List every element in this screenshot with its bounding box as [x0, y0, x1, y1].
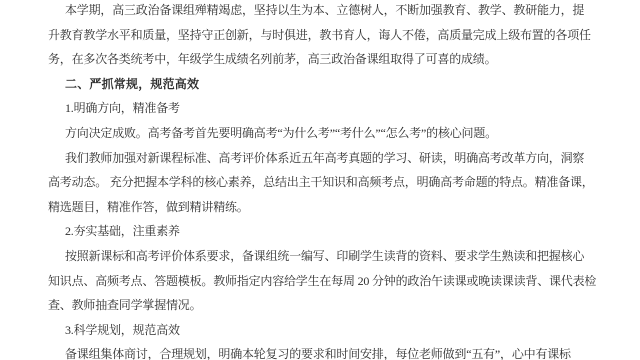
heading-line: 二、严抓常规，规范高效	[48, 72, 594, 97]
body-line: 备课组集体商讨，合理规划，明确本轮复习的要求和时间安排，每位老师做到“五有”，心…	[48, 342, 594, 360]
body-line: 我们教师加强对新课程标准、高考评价体系近五年高考真题的学习、研读，明确高考改革方…	[48, 146, 594, 171]
document-page: 本学期，高三政治备课组殚精竭虑，坚持以生为本、立德树人，不断加强教育、教学、教研…	[0, 0, 640, 360]
body-line: 本学期，高三政治备课组殚精竭虑，坚持以生为本、立德树人，不断加强教育、教学、教研…	[48, 0, 594, 23]
body-line: 方向决定成败。高考备考首先要明确高考“为什么考”“考什么”“怎么考”的核心问题。	[48, 121, 594, 146]
subheading-line: 2.夯实基础，注重素养	[48, 219, 594, 244]
body-line: 精选题目，精准作答，做到精讲精练。	[48, 195, 594, 220]
document-text-block: 本学期，高三政治备课组殚精竭虑，坚持以生为本、立德树人，不断加强教育、教学、教研…	[48, 0, 594, 360]
body-line: 知识点、高频考点、答题模板。教师指定内容给学生在每周 20 分钟的政治午读课或晚…	[48, 269, 594, 294]
body-line: 升教育教学水平和质量，坚持守正创新，与时俱进，教书育人，诲人不倦，高质量完成上级…	[48, 23, 594, 48]
body-line: 务，在多次各类统考中，年级学生成绩名列前茅，高三政治备课组取得了可喜的成绩。	[48, 47, 594, 72]
subheading-line: 3.科学规划，规范高效	[48, 318, 594, 343]
body-line: 按照新课标和高考评价体系要求，备课组统一编写、印刷学生读背的资料、要求学生熟读和…	[48, 244, 594, 269]
body-line: 查、教师抽查同学掌握情况。	[48, 293, 594, 318]
body-line: 高考动态。 充分把握本学科的核心素养，总结出主干知识和高频考点，明确高考命题的特…	[48, 170, 594, 195]
subheading-line: 1.明确方向，精准备考	[48, 96, 594, 121]
